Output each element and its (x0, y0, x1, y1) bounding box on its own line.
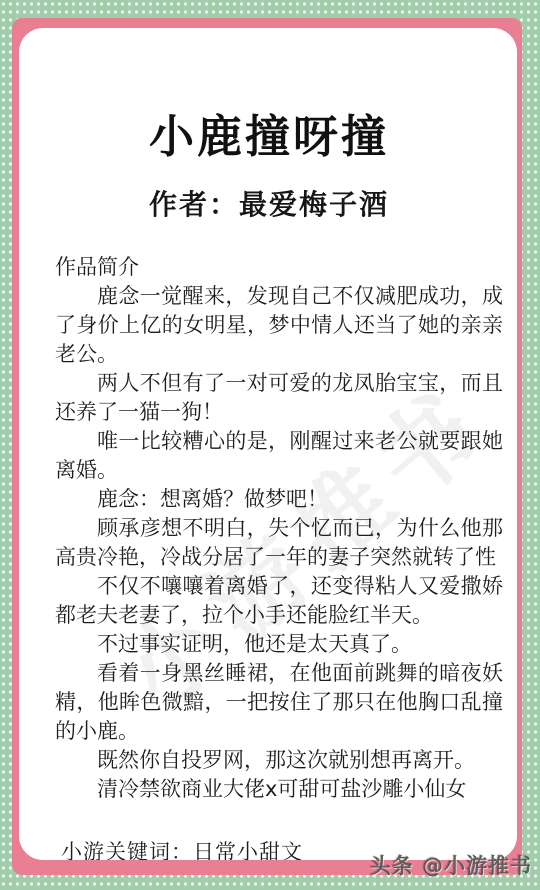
synopsis-paragraph: 鹿念：想离婚？做梦吧！ (55, 485, 503, 514)
synopsis-paragraph: 看着一身黑丝睡裙，在他面前跳舞的暗夜妖精，他眸色微黯，一把按住了那只在他胸口乱撞… (55, 659, 503, 746)
book-author: 作者：最爱梅子酒 (55, 183, 483, 223)
synopsis-paragraph: 清冷禁欲商业大佬x可甜可盐沙雕小仙女 (55, 775, 503, 804)
synopsis-paragraph: 顾承彦想不明白，失个忆而已，为什么他那高贵冷艳，冷战分居了一年的妻子突然就转了性 (55, 514, 503, 572)
synopsis-section-label: 作品简介 (55, 253, 503, 282)
synopsis-paragraph: 既然你自投罗网，那这次就别想再离开。 (55, 746, 503, 775)
book-card: 小游推书 小鹿撞呀撞 作者：最爱梅子酒 作品简介 鹿念一觉醒来，发现自己不仅减肥… (19, 28, 517, 860)
synopsis-paragraph: 唯一比较糟心的是，刚醒过来老公就要跟她离婚。 (55, 427, 503, 485)
book-promo-poster: { "book": { "title": "小鹿撞呀撞", "author_li… (0, 0, 540, 890)
synopsis-paragraph: 鹿念一觉醒来，发现自己不仅减肥成功，成了身价上亿的女明星，梦中情人还当了她的亲亲… (55, 282, 503, 369)
pink-border-frame: 小游推书 小鹿撞呀撞 作者：最爱梅子酒 作品简介 鹿念一觉醒来，发现自己不仅减肥… (12, 18, 522, 875)
synopsis-paragraph: 两人不但有了一对可爱的龙凤胎宝宝，而且还养了一猫一狗！ (55, 369, 503, 427)
synopsis-paragraph: 不仅不嚷嚷着离婚了，还变得粘人又爱撒娇都老夫老妻了，拉个小手还能脸红半天。 (55, 572, 503, 630)
toutiao-account-watermark: 头条 @小游推书 (370, 850, 532, 880)
synopsis-block: 作品简介 鹿念一觉醒来，发现自己不仅减肥成功，成了身价上亿的女明星，梦中情人还当… (55, 253, 503, 804)
book-title: 小鹿撞呀撞 (55, 100, 483, 165)
synopsis-paragraph: 不过事实证明，他还是太天真了。 (55, 630, 503, 659)
card-content: 小鹿撞呀撞 作者：最爱梅子酒 作品简介 鹿念一觉醒来，发现自己不仅减肥成功，成了… (19, 28, 517, 860)
